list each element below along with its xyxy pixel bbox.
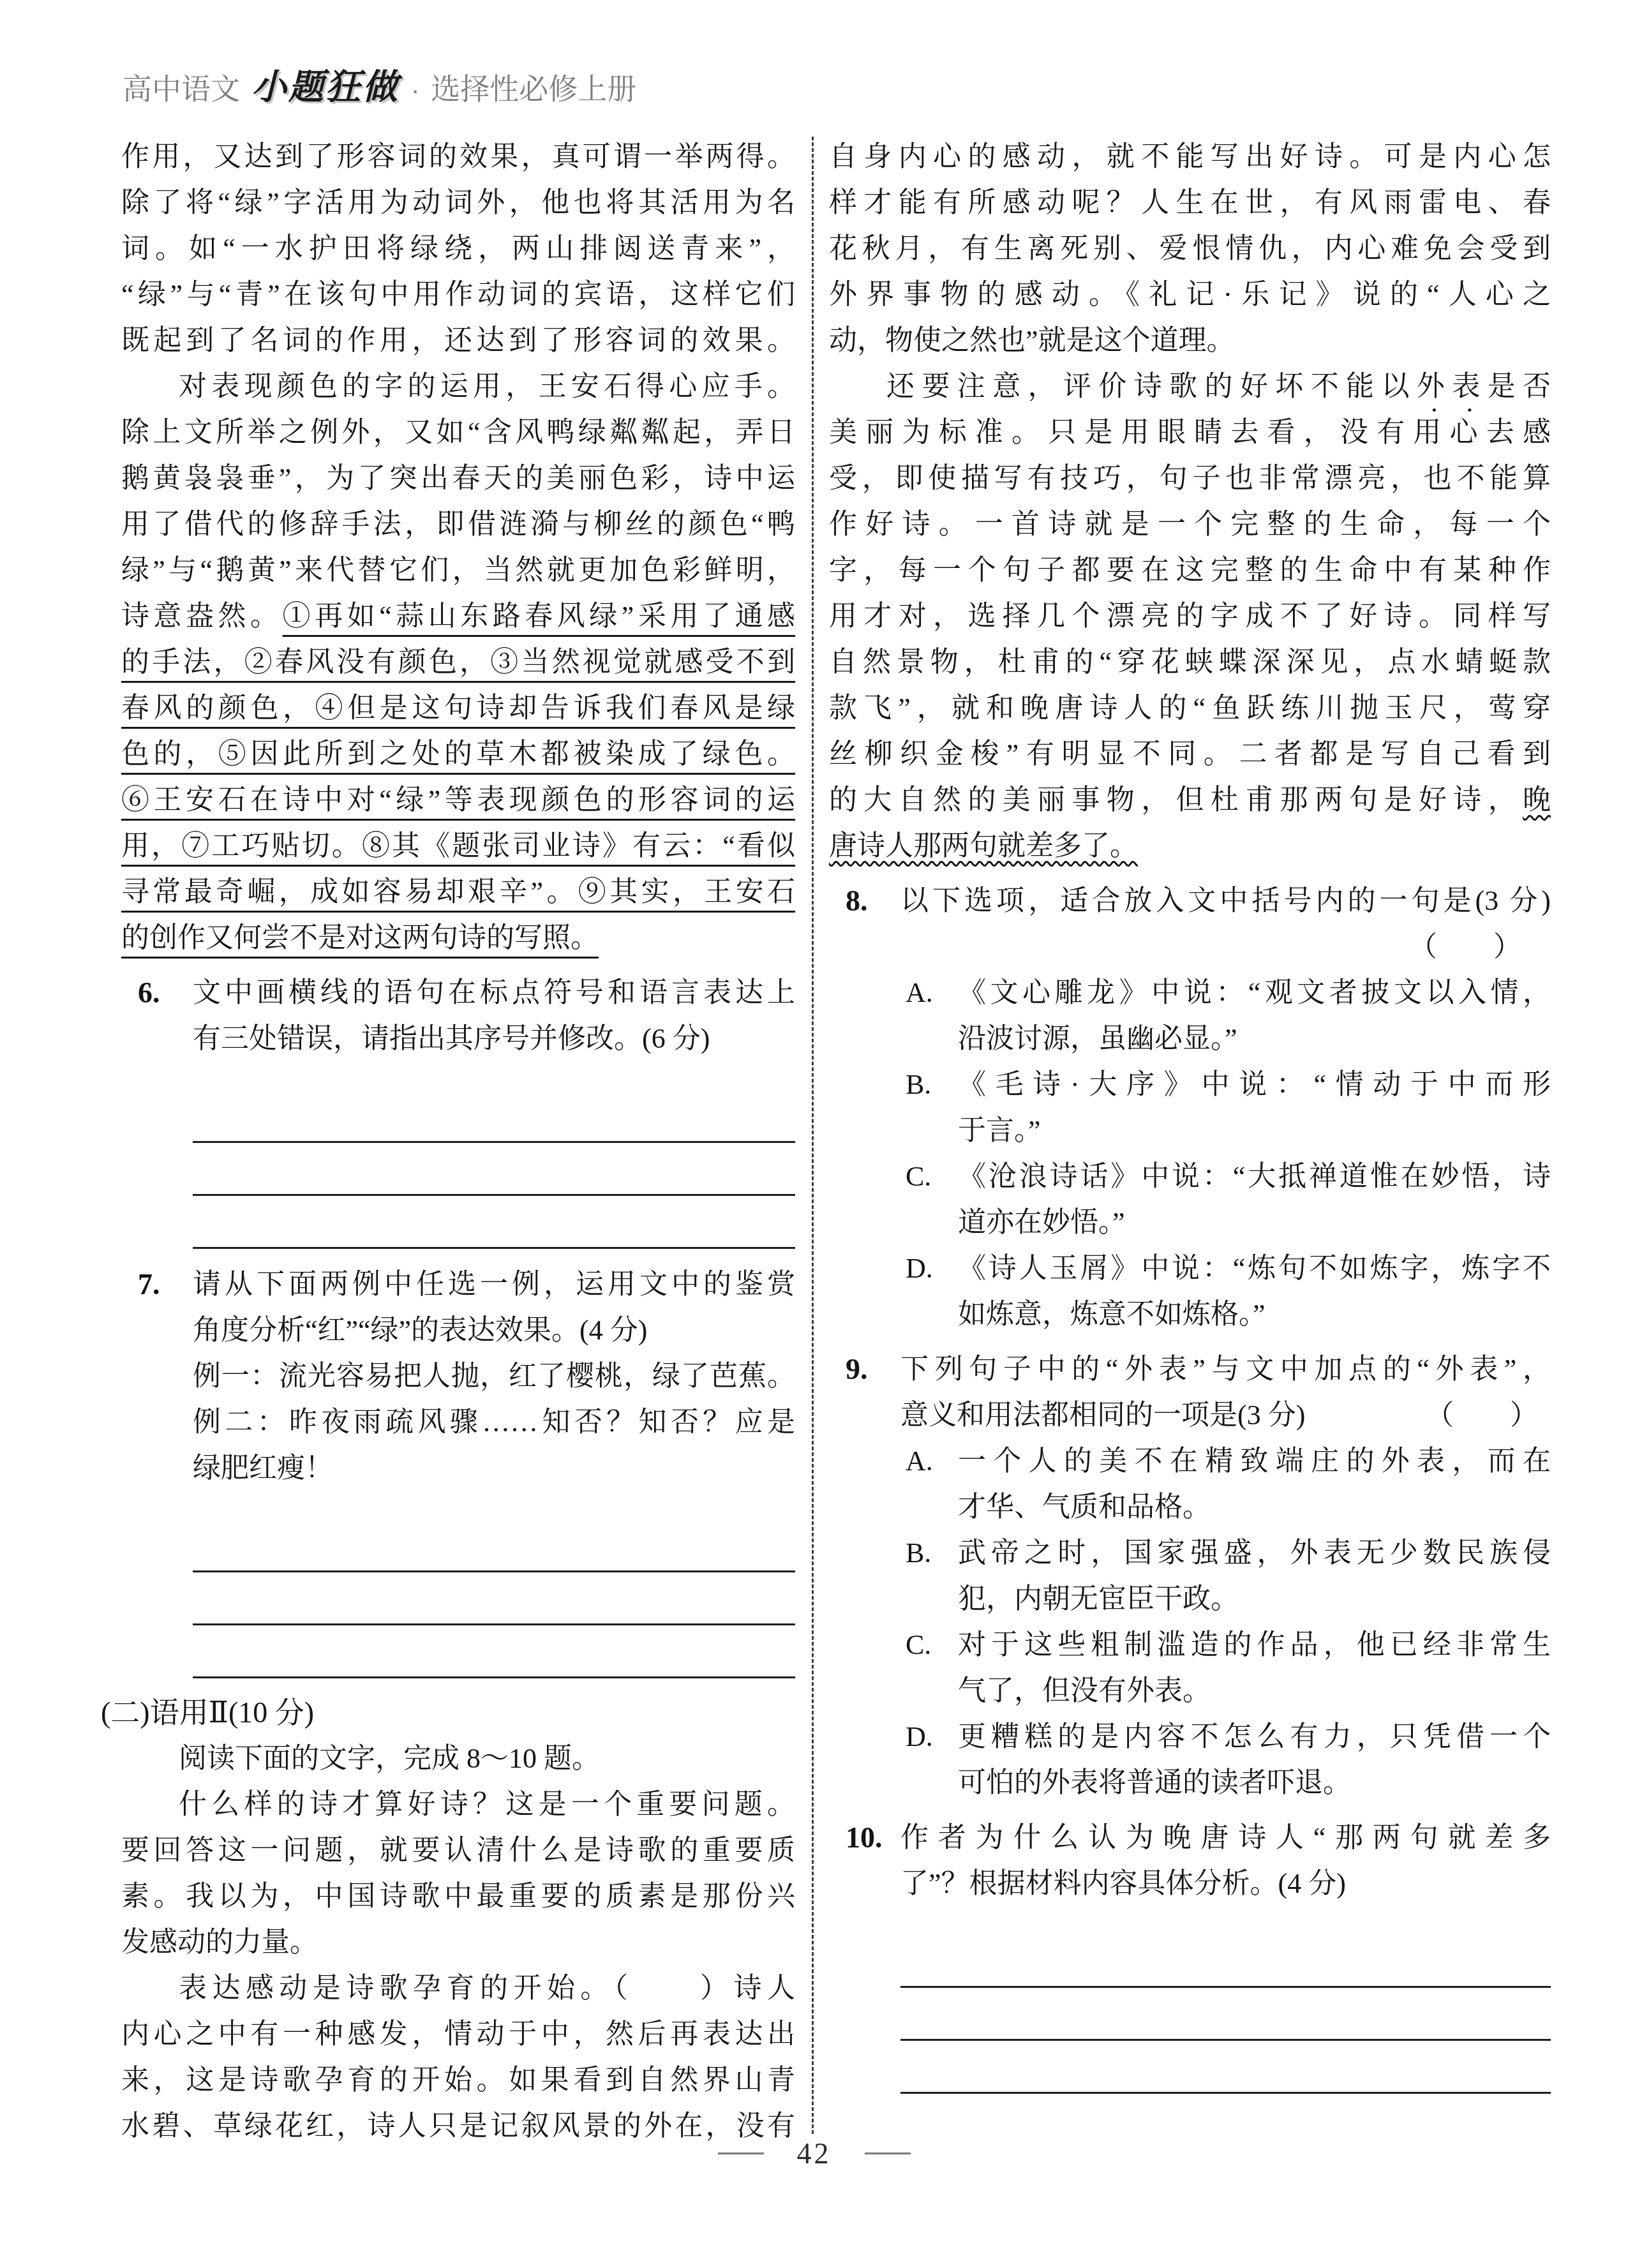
text-segment: 以下选项，适合放入文中括号内的一句是(3 分) xyxy=(900,885,1551,916)
question-8-option-d: D. 《诗人玉屑》中说：“炼句不如炼字，炼字不如炼意，炼意不如炼格。” xyxy=(900,1246,1551,1338)
text-line: 《诗人玉屑》中说：“炼句不如炼字，炼字不 xyxy=(958,1246,1551,1292)
text-line: 还要注意，评价诗歌的好坏不能以外表是否 xyxy=(829,364,1551,410)
option-letter: C. xyxy=(900,1154,958,1246)
text-segment: 下列句子中的“外表”与文中加点的“外表”， xyxy=(900,1354,1551,1385)
question-9-body: 下列句子中的“外表”与文中加点的“外表”，意义和用法都相同的一项是(3 分)（ … xyxy=(900,1347,1551,1806)
text-segment: 道亦在妙悟。” xyxy=(958,1207,1125,1238)
text-line: 道亦在妙悟。” xyxy=(958,1200,1551,1246)
option-letter: A. xyxy=(900,1438,958,1530)
question-10: 10. 作者为什么认为晚唐诗人“那两句就差多了”？根据材料内容具体分析。(4 分… xyxy=(829,1815,1551,2098)
text-segment: 发感动的力量。 xyxy=(121,1927,318,1958)
content-columns: 作用，又达到了形容词的效果，真可谓一举两得。除了将“绿”字活用为动词外，他也将其… xyxy=(121,134,1551,2149)
text-line: 用了借代的修辞手法，即借涟漪与柳丝的颜色“鸭 xyxy=(121,502,795,548)
text-segment: 更糟糕的是内容不怎么有力，只凭借一个 xyxy=(958,1721,1551,1752)
text-segment: 是否 xyxy=(1488,371,1551,402)
question-9-option-c: C. 对于这些粗制滥造的作品，他已经非常生气了，但没有外表。 xyxy=(900,1622,1551,1714)
header-series-logo: 小题狂做 xyxy=(251,59,400,109)
text-segment: 外表 xyxy=(1417,371,1488,402)
text-segment: 词。如“一水护田将绿绕，两山排闼送青来”， xyxy=(121,233,795,264)
option-text: 《文心雕龙》中说：“观文者披文以入情，沿波讨源，虽幽必显。” xyxy=(958,970,1551,1062)
header-separator-dot: · xyxy=(411,77,419,105)
question-9: 9. 下列句子中的“外表”与文中加点的“外表”，意义和用法都相同的一项是(3 分… xyxy=(829,1347,1551,1806)
text-line: 作者为什么认为晚唐诗人“那两句就差多 xyxy=(900,1815,1551,1861)
text-line: 例一：流光容易把人抛，红了樱桃，绿了芭蕉。 xyxy=(193,1354,795,1399)
option-letter: A. xyxy=(900,970,958,1062)
question-10-number: 10. xyxy=(829,1815,900,2098)
text-line: 犯，内朝无宦臣干政。 xyxy=(958,1576,1551,1622)
text-segment: 自身内心的感动，就不能写出好诗。可是内心怎 xyxy=(829,141,1551,172)
text-segment: 绿”与“鹅黄”来代替它们，当然就更加色彩鲜明， xyxy=(121,555,795,586)
text-segment: 《毛诗·大序》中说：“情动于中而形 xyxy=(958,1069,1551,1100)
question-8-body: 以下选项，适合放入文中括号内的一句是(3 分)（ ） A. 《文心雕龙》中说：“… xyxy=(900,878,1551,1338)
text-line: 用，⑦工巧贴切。⑧其《题张司业诗》有云：“看似 xyxy=(121,823,795,869)
text-segment: 对表现颜色的字的运用，王安石得心应手。 xyxy=(179,371,795,402)
question-10-body: 作者为什么认为晚唐诗人“那两句就差多了”？根据材料内容具体分析。(4 分) xyxy=(900,1815,1551,2098)
text-line: （ ） xyxy=(900,924,1551,970)
question-8-option-b: B. 《毛诗·大序》中说：“情动于中而形于言。” xyxy=(900,1062,1551,1154)
text-segment: 动，物使之然也”就是这个道理。 xyxy=(829,325,1235,356)
text-line: 色的，⑤因此所到之处的草木都被染成了绿色。 xyxy=(121,731,795,777)
text-segment: 样才能有所感动呢？人生在世，有风雨雷电、春 xyxy=(829,187,1551,218)
question-7-text: 请从下面两例中任选一例，运用文中的鉴赏角度分析“红”“绿”的表达效果。(4 分)… xyxy=(193,1262,795,1491)
question-8-option-c: C. 《沧浪诗话》中说：“大抵禅道惟在妙悟，诗道亦在妙悟。” xyxy=(900,1154,1551,1246)
text-line: 更糟糕的是内容不怎么有力，只凭借一个 xyxy=(958,1714,1551,1760)
text-line: 款飞”，就和晚唐诗人的“鱼跃练川抛玉尺，莺穿 xyxy=(829,685,1551,731)
text-line: 绿”与“鹅黄”来代替它们，当然就更加色彩鲜明， xyxy=(121,548,795,593)
option-letter: B. xyxy=(900,1530,958,1622)
text-segment: 一个人的美不在精致端庄的外表，而在 xyxy=(958,1445,1551,1477)
text-segment: 才华、气质和品格。 xyxy=(958,1491,1211,1523)
text-segment: （ ） xyxy=(1426,1392,1538,1438)
text-line: “绿”与“青”在该句中用作动词的宾语，这样它们 xyxy=(121,272,795,318)
paragraph-wang-anshi-colors: 对表现颜色的字的运用，王安石得心应手。除上文所举之例外，又如“含风鸭绿粼粼起，弄… xyxy=(121,364,795,961)
text-line: 的大自然的美丽事物，但杜甫那两句是好诗，晚 xyxy=(829,777,1551,823)
answer-line xyxy=(900,1935,1551,1988)
text-segment: 例二：昨夜雨疏风骤……知否？知否？应是 xyxy=(193,1406,795,1438)
text-segment: 除了将“绿”字活用为动词外，他也将其活用为名 xyxy=(121,187,795,218)
paragraph-evaluating-poetry: 还要注意，评价诗歌的好坏不能以外表是否美丽为标准。只是用眼睛去看，没有用心去感受… xyxy=(829,364,1551,869)
text-line: 了”？根据材料内容具体分析。(4 分) xyxy=(900,1861,1551,1907)
text-segment: 表达感动是诗歌孕育的开始。（ ）诗人 xyxy=(179,1973,795,2004)
text-segment: 作者为什么认为晚唐诗人“那两句就差多 xyxy=(900,1822,1551,1853)
text-segment: 作用，又达到了形容词的效果，真可谓一举两得。 xyxy=(121,141,795,172)
question-8: 8. 以下选项，适合放入文中括号内的一句是(3 分)（ ） A. 《文心雕龙》中… xyxy=(829,878,1551,1338)
header-volume: 选择性必修上册 xyxy=(431,66,636,108)
text-segment: 诗意盎然。 xyxy=(121,601,283,632)
text-line: 作好诗。一首诗就是一个完整的生命，每一个 xyxy=(829,502,1551,548)
question-7: 7. 请从下面两例中任选一例，运用文中的鉴赏角度分析“红”“绿”的表达效果。(4… xyxy=(121,1262,795,1682)
page-number: 42 xyxy=(797,2137,832,2170)
text-line: 阅读下面的文字，完成 8～10 题。 xyxy=(121,1736,795,1782)
text-line: ⑥王安石在诗中对“绿”等表现颜色的形容词的运 xyxy=(121,777,795,823)
question-9-option-b: B. 武帝之时，国家强盛，外表无少数民族侵犯，内朝无宦臣干政。 xyxy=(900,1530,1551,1622)
text-line: 例二：昨夜雨疏风骤……知否？知否？应是 xyxy=(193,1399,795,1445)
text-segment: 对于这些粗制滥造的作品，他已经非常生 xyxy=(958,1629,1551,1660)
text-segment: 了”？根据材料内容具体分析。(4 分) xyxy=(900,1868,1346,1899)
option-text: 更糟糕的是内容不怎么有力，只凭借一个可怕的外表将普通的读者吓退。 xyxy=(958,1714,1551,1806)
option-letter: D. xyxy=(900,1246,958,1338)
text-line: 动，物使之然也”就是这个道理。 xyxy=(829,318,1551,364)
question-9-option-a: A. 一个人的美不在精致端庄的外表，而在才华、气质和品格。 xyxy=(900,1438,1551,1530)
option-letter: C. xyxy=(900,1622,958,1714)
text-segment: 寻常最奇崛，成如容易却艰辛”。⑨其实，王安石 xyxy=(121,876,795,907)
text-segment: 用，⑦工巧贴切。⑧其《题张司业诗》有云：“看似 xyxy=(121,830,795,862)
page-footer: 42 xyxy=(0,2137,1628,2170)
text-segment: 除上文所举之例外，又如“含风鸭绿粼粼起，弄日 xyxy=(121,417,795,448)
text-segment: 文中画横线的语句在标点符号和语言表达上 xyxy=(193,977,795,1008)
paragraph-expressing-emotion: 表达感动是诗歌孕育的开始。（ ）诗人内心之中有一种感发，情动于中，然后再表达出来… xyxy=(121,1966,795,2149)
text-line: 词。如“一水护田将绿绕，两山排闼送青来”， xyxy=(121,226,795,272)
header-course: 高中语文 xyxy=(123,66,240,108)
exam-page: 高中语文 小题狂做 · 选择性必修上册 作用，又达到了形容词的效果，真可谓一举两… xyxy=(0,0,1628,2268)
text-segment: 武帝之时，国家强盛，外表无少数民族侵 xyxy=(958,1537,1551,1569)
text-line: 才华、气质和品格。 xyxy=(958,1484,1551,1530)
text-line: 绿肥红瘦！ xyxy=(193,1445,795,1491)
paragraph-what-makes-good-poem: 什么样的诗才算好诗？这是一个重要问题。要回答这一问题，就要认清什么是诗歌的重要质… xyxy=(121,1782,795,1966)
question-10-answer-area xyxy=(900,1935,1551,2094)
text-line: 沿波讨源，虽幽必显。” xyxy=(958,1016,1551,1062)
text-line: 如炼意，炼意不如炼格。” xyxy=(958,1292,1551,1338)
option-text: 武帝之时，国家强盛，外表无少数民族侵犯，内朝无宦臣干政。 xyxy=(958,1530,1551,1622)
answer-line xyxy=(900,2041,1551,2094)
text-segment: 例一：流光容易把人抛，红了樱桃，绿了芭蕉。 xyxy=(193,1361,795,1392)
text-line: 可怕的外表将普通的读者吓退。 xyxy=(958,1760,1551,1806)
text-line: 于言。” xyxy=(958,1108,1551,1154)
text-segment: 用了借代的修辞手法，即借涟漪与柳丝的颜色“鸭 xyxy=(121,509,795,540)
text-line: 的创作又何尝不是对这两句诗的写照。 xyxy=(121,915,795,961)
text-line: 《沧浪诗话》中说：“大抵禅道惟在妙悟，诗 xyxy=(958,1154,1551,1200)
text-segment: 于言。” xyxy=(958,1115,1041,1146)
text-segment: 沿波讨源，虽幽必显。” xyxy=(958,1023,1237,1054)
text-line: 用才对，选择几个漂亮的字成不了好诗。同样写 xyxy=(829,593,1551,639)
text-line: 一个人的美不在精致端庄的外表，而在 xyxy=(958,1438,1551,1484)
question-6-number: 6. xyxy=(121,970,193,1253)
text-line: 素。我以为，中国诗歌中最重要的质素是那份兴 xyxy=(121,1874,795,1920)
text-segment: 春风的颜色，④但是这句诗却告诉我们春风是绿 xyxy=(121,692,795,724)
question-8-text: 以下选项，适合放入文中括号内的一句是(3 分)（ ） xyxy=(900,878,1551,970)
text-line: 样才能有所感动呢？人生在世，有风雨雷电、春 xyxy=(829,180,1551,226)
footer-rule-left xyxy=(718,2152,764,2154)
text-segment: 要回答这一问题，就要认清什么是诗歌的重要质 xyxy=(121,1835,795,1866)
text-line: 《毛诗·大序》中说：“情动于中而形 xyxy=(958,1062,1551,1108)
text-line: 对表现颜色的字的运用，王安石得心应手。 xyxy=(121,364,795,410)
text-line: 字，每一个句子都要在这完整的生命中有某种作 xyxy=(829,548,1551,593)
text-segment: 《沧浪诗话》中说：“大抵禅道惟在妙悟，诗 xyxy=(958,1161,1551,1192)
answer-line xyxy=(193,1143,795,1196)
section-2: (二)语用Ⅱ(10 分) 阅读下面的文字，完成 8～10 题。 什么样的诗才算好… xyxy=(121,1690,795,2149)
column-left: 作用，又达到了形容词的效果，真可谓一举两得。除了将“绿”字活用为动词外，他也将其… xyxy=(121,134,795,2149)
text-segment: 有三处错误，请指出其序号并修改。(6 分) xyxy=(193,1023,710,1054)
text-line: 除上文所举之例外，又如“含风鸭绿粼粼起，弄日 xyxy=(121,410,795,456)
text-segment: 角度分析“红”“绿”的表达效果。(4 分) xyxy=(193,1315,647,1346)
text-segment: 丝柳织金梭”有明显不同。二者都是写自己看到 xyxy=(829,738,1551,770)
text-line: 下列句子中的“外表”与文中加点的“外表”， xyxy=(900,1347,1551,1392)
text-line: 对于这些粗制滥造的作品，他已经非常生 xyxy=(958,1622,1551,1668)
text-line: 作用，又达到了形容词的效果，真可谓一举两得。 xyxy=(121,134,795,180)
answer-line xyxy=(193,1519,795,1572)
text-line: 什么样的诗才算好诗？这是一个重要问题。 xyxy=(121,1782,795,1828)
option-text: 一个人的美不在精致端庄的外表，而在才华、气质和品格。 xyxy=(958,1438,1551,1530)
text-line: 丝柳织金梭”有明显不同。二者都是写自己看到 xyxy=(829,731,1551,777)
text-segment: 请从下面两例中任选一例，运用文中的鉴赏 xyxy=(193,1269,795,1300)
text-segment: 绿肥红瘦！ xyxy=(193,1452,333,1484)
option-letter: D. xyxy=(900,1714,958,1806)
option-text: 《沧浪诗话》中说：“大抵禅道惟在妙悟，诗道亦在妙悟。” xyxy=(958,1154,1551,1246)
text-segment: 《文心雕龙》中说：“观文者披文以入情， xyxy=(958,977,1551,1008)
section-2-intro: 阅读下面的文字，完成 8～10 题。 xyxy=(121,1736,795,1782)
text-line: 受，即使描写有技巧，句子也非常漂亮，也不能算 xyxy=(829,456,1551,502)
question-7-number: 7. xyxy=(121,1262,193,1682)
text-segment: 外界事物的感动。《礼记·乐记》说的“人心之 xyxy=(829,279,1551,310)
text-segment: 唐诗人那两句就差多了。 xyxy=(829,830,1138,862)
text-segment: 的大自然的美丽事物，但杜甫那两句是好诗， xyxy=(829,784,1523,816)
text-segment: 还要注意，评价诗歌的好坏不能以 xyxy=(886,371,1417,402)
text-line: 文中画横线的语句在标点符号和语言表达上 xyxy=(193,970,795,1016)
text-segment: ⑥王安石在诗中对“绿”等表现颜色的形容词的运 xyxy=(121,784,795,816)
text-segment: ①再如“蒜山东路春风绿”采用了通感 xyxy=(283,601,795,632)
answer-line xyxy=(193,1196,795,1249)
question-10-text: 作者为什么认为晚唐诗人“那两句就差多了”？根据材料内容具体分析。(4 分) xyxy=(900,1815,1551,1907)
question-6: 6. 文中画横线的语句在标点符号和语言表达上有三处错误，请指出其序号并修改。(6… xyxy=(121,970,795,1253)
text-line: 发感动的力量。 xyxy=(121,1920,795,1966)
text-line: 寻常最奇崛，成如容易却艰辛”。⑨其实，王安石 xyxy=(121,869,795,915)
column-right: 自身内心的感动，就不能写出好诗。可是内心怎样才能有所感动呢？人生在世，有风雨雷电… xyxy=(829,134,1551,2098)
text-line: 有三处错误，请指出其序号并修改。(6 分) xyxy=(193,1016,795,1062)
text-segment: 鹅黄袅袅垂”，为了突出春天的美丽色彩，诗中运 xyxy=(121,463,795,494)
text-segment: 意义和用法都相同的一项是(3 分) xyxy=(900,1392,1305,1438)
text-segment: 色的，⑤因此所到之处的草木都被染成了绿色。 xyxy=(121,738,795,770)
text-segment: 的创作又何尝不是对这两句诗的写照。 xyxy=(121,922,599,953)
text-segment: 晚 xyxy=(1523,784,1551,816)
question-6-body: 文中画横线的语句在标点符号和语言表达上有三处错误，请指出其序号并修改。(6 分) xyxy=(193,970,795,1253)
text-line: 内心之中有一种感发，情动于中，然后再表达出 xyxy=(121,2011,795,2057)
page-header: 高中语文 小题狂做 · 选择性必修上册 xyxy=(123,59,636,109)
text-segment: 既起到了名词的作用，还达到了形容词的效果。 xyxy=(121,325,795,356)
text-line: 要回答这一问题，就要认清什么是诗歌的重要质 xyxy=(121,1828,795,1874)
text-segment: “绿”与“青”在该句中用作动词的宾语，这样它们 xyxy=(121,279,795,310)
text-segment: 内心之中有一种感发，情动于中，然后再表达出 xyxy=(121,2018,795,2050)
text-segment: （ ） xyxy=(1409,931,1521,962)
text-segment: 犯，内朝无宦臣干政。 xyxy=(958,1583,1239,1615)
text-line: 角度分析“红”“绿”的表达效果。(4 分) xyxy=(193,1308,795,1354)
text-segment: 作好诗。一首诗就是一个完整的生命，每一个 xyxy=(829,509,1551,540)
text-line: 既起到了名词的作用，还达到了形容词的效果。 xyxy=(121,318,795,364)
text-segment: 如炼意，炼意不如炼格。” xyxy=(958,1299,1266,1330)
text-segment: 美丽为标准。只是用眼睛去看，没有用心去感 xyxy=(829,417,1551,448)
text-line: 诗意盎然。①再如“蒜山东路春风绿”采用了通感 xyxy=(121,593,795,639)
question-9-text: 下列句子中的“外表”与文中加点的“外表”，意义和用法都相同的一项是(3 分)（ … xyxy=(900,1347,1551,1438)
answer-line xyxy=(193,1625,795,1678)
option-letter: B. xyxy=(900,1062,958,1154)
column-divider xyxy=(812,137,814,2134)
text-line: 以下选项，适合放入文中括号内的一句是(3 分) xyxy=(900,878,1551,924)
text-line: 自然景物，杜甫的“穿花蛱蝶深深见，点水蜻蜓款 xyxy=(829,639,1551,685)
text-segment: 款飞”，就和晚唐诗人的“鱼跃练川抛玉尺，莺穿 xyxy=(829,692,1551,724)
text-line: 自身内心的感动，就不能写出好诗。可是内心怎 xyxy=(829,134,1551,180)
text-line: 来，这是诗歌孕育的开始。如果看到自然界山青 xyxy=(121,2057,795,2103)
answer-line xyxy=(193,1572,795,1625)
question-9-number: 9. xyxy=(829,1347,900,1806)
text-line: 唐诗人那两句就差多了。 xyxy=(829,823,1551,869)
text-line: 美丽为标准。只是用眼睛去看，没有用心去感 xyxy=(829,410,1551,456)
footer-rule-right xyxy=(865,2152,911,2154)
text-line: 除了将“绿”字活用为动词外，他也将其活用为名 xyxy=(121,180,795,226)
text-segment: 自然景物，杜甫的“穿花蛱蝶深深见，点水蜻蜓款 xyxy=(829,646,1551,678)
option-text: 《毛诗·大序》中说：“情动于中而形于言。” xyxy=(958,1062,1551,1154)
text-segment: 气了，但没有外表。 xyxy=(958,1675,1211,1706)
answer-line xyxy=(193,1090,795,1143)
text-line: 意义和用法都相同的一项是(3 分)（ ） xyxy=(900,1392,1551,1438)
text-line: 的手法，②春风没有颜色，③当然视觉就感受不到 xyxy=(121,639,795,685)
paragraph-inner-feeling: 自身内心的感动，就不能写出好诗。可是内心怎样才能有所感动呢？人生在世，有风雨雷电… xyxy=(829,134,1551,364)
question-6-answer-area xyxy=(193,1090,795,1249)
question-8-option-a: A. 《文心雕龙》中说：“观文者披文以入情，沿波讨源，虽幽必显。” xyxy=(900,970,1551,1062)
question-7-body: 请从下面两例中任选一例，运用文中的鉴赏角度分析“红”“绿”的表达效果。(4 分)… xyxy=(193,1262,795,1682)
text-segment: 花秋月，有生离死别、爱恨情仇，内心难免会受到 xyxy=(829,233,1551,264)
text-line: 春风的颜色，④但是这句诗却告诉我们春风是绿 xyxy=(121,685,795,731)
text-segment: 字，每一个句子都要在这完整的生命中有某种作 xyxy=(829,555,1551,586)
option-text: 对于这些粗制滥造的作品，他已经非常生气了，但没有外表。 xyxy=(958,1622,1551,1714)
text-segment: 《诗人玉屑》中说：“炼句不如炼字，炼字不 xyxy=(958,1253,1551,1284)
text-segment: 用才对，选择几个漂亮的字成不了好诗。同样写 xyxy=(829,601,1551,632)
text-line: 外界事物的感动。《礼记·乐记》说的“人心之 xyxy=(829,272,1551,318)
question-6-text: 文中画横线的语句在标点符号和语言表达上有三处错误，请指出其序号并修改。(6 分) xyxy=(193,970,795,1062)
question-8-number: 8. xyxy=(829,878,900,1338)
text-line: 气了，但没有外表。 xyxy=(958,1668,1551,1714)
text-line: 表达感动是诗歌孕育的开始。（ ）诗人 xyxy=(121,1966,795,2011)
question-9-option-d: D. 更糟糕的是内容不怎么有力，只凭借一个可怕的外表将普通的读者吓退。 xyxy=(900,1714,1551,1806)
question-7-answer-area xyxy=(193,1519,795,1678)
text-segment: 可怕的外表将普通的读者吓退。 xyxy=(958,1767,1351,1798)
text-line: 鹅黄袅袅垂”，为了突出春天的美丽色彩，诗中运 xyxy=(121,456,795,502)
text-line: 请从下面两例中任选一例，运用文中的鉴赏 xyxy=(193,1262,795,1308)
text-segment: 的手法，②春风没有颜色，③当然视觉就感受不到 xyxy=(121,646,795,678)
paragraph-continuation: 作用，又达到了形容词的效果，真可谓一举两得。除了将“绿”字活用为动词外，他也将其… xyxy=(121,134,795,364)
section-2-title: (二)语用Ⅱ(10 分) xyxy=(101,1690,795,1736)
text-segment: 受，即使描写有技巧，句子也非常漂亮，也不能算 xyxy=(829,463,1551,494)
answer-line xyxy=(900,1988,1551,2041)
text-segment: 来，这是诗歌孕育的开始。如果看到自然界山青 xyxy=(121,2064,795,2096)
text-line: 《文心雕龙》中说：“观文者披文以入情， xyxy=(958,970,1551,1016)
text-line: 武帝之时，国家强盛，外表无少数民族侵 xyxy=(958,1530,1551,1576)
text-segment: 素。我以为，中国诗歌中最重要的质素是那份兴 xyxy=(121,1881,795,1912)
option-text: 《诗人玉屑》中说：“炼句不如炼字，炼字不如炼意，炼意不如炼格。” xyxy=(958,1246,1551,1338)
text-line: 花秋月，有生离死别、爱恨情仇，内心难免会受到 xyxy=(829,226,1551,272)
text-segment: 什么样的诗才算好诗？这是一个重要问题。 xyxy=(179,1789,795,1820)
text-segment: 阅读下面的文字，完成 8～10 题。 xyxy=(179,1743,600,1774)
